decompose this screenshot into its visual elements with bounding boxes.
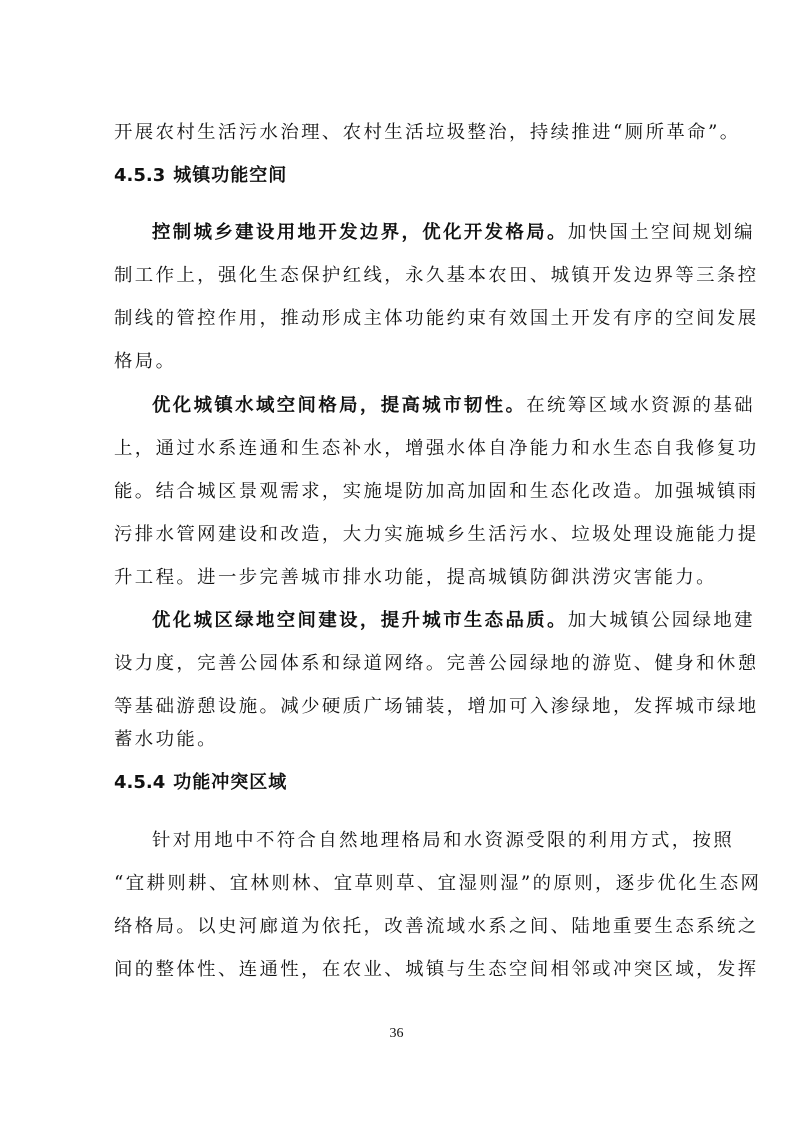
paragraph-line: 优化城区绿地空间建设，提升城市生态品质。加大城镇公园绿地建 [114, 608, 684, 634]
paragraph-line: 升工程。进一步完善城市排水功能，提高城镇防御洪涝灾害能力。 [114, 565, 684, 591]
paragraph-line: 针对用地中不符合自然地理格局和水资源受限的利用方式，按照 [114, 828, 684, 854]
paragraph-line: 间的整体性、连通性，在农业、城镇与生态空间相邻或冲突区域，发挥 [114, 957, 684, 983]
section-number: 4.5.4 [114, 772, 165, 793]
paragraph-line: 上，通过水系连通和生态补水，增强水体自净能力和水生态自我修复功 [114, 436, 684, 462]
paragraph-line: 等基础游憩设施。减少硬质广场铺装，增加可入渗绿地，发挥城市绿地 [114, 694, 684, 720]
paragraph-line: “宜耕则耕、宜林则林、宜草则草、宜湿则湿”的原则，逐步优化生态网 [114, 871, 684, 897]
paragraph-lead-bold: 优化城区绿地空间建设，提升城市生态品质。 [152, 610, 568, 631]
section-heading-4-5-3: 4.5.3城镇功能空间 [114, 163, 287, 189]
section-title: 功能冲突区域 [173, 772, 287, 793]
paragraph-line: 格局。 [114, 349, 684, 375]
paragraph-lead-bold: 优化城镇水域空间格局，提高城市韧性。 [152, 395, 526, 416]
paragraph-text: 在统筹区域水资源的基础 [526, 395, 755, 416]
paragraph-line: 蓄水功能。 [114, 727, 684, 753]
paragraph-line: 开展农村生活污水治理、农村生活垃圾整治，持续推进“厕所革命”。 [114, 120, 684, 146]
paragraph-text: 加大城镇公园绿地建 [568, 610, 755, 631]
section-number: 4.5.3 [114, 165, 165, 186]
section-heading-4-5-4: 4.5.4功能冲突区域 [114, 770, 287, 796]
paragraph-line: 污排水管网建设和改造，大力实施城乡生活污水、垃圾处理设施能力提 [114, 522, 684, 548]
paragraph-line: 制工作上，强化生态保护红线，永久基本农田、城镇开发边界等三条控 [114, 263, 684, 289]
paragraph-line: 设力度，完善公园体系和绿道网络。完善公园绿地的游览、健身和休憩 [114, 651, 684, 677]
paragraph-line: 能。结合城区景观需求，实施堤防加高加固和生态化改造。加强城镇雨 [114, 479, 684, 505]
paragraph-line: 络格局。以史河廊道为依托，改善流域水系之间、陆地重要生态系统之 [114, 914, 684, 940]
paragraph-text: 加快国土空间规划编 [568, 222, 755, 243]
paragraph-line: 优化城镇水域空间格局，提高城市韧性。在统筹区域水资源的基础 [114, 393, 684, 419]
paragraph-line: 制线的管控作用，推动形成主体功能约束有效国土开发有序的空间发展 [114, 306, 684, 332]
document-page: 开展农村生活污水治理、农村生活垃圾整治，持续推进“厕所革命”。 4.5.3城镇功… [0, 0, 793, 1122]
paragraph-line: 控制城乡建设用地开发边界，优化开发格局。加快国土空间规划编 [114, 220, 684, 246]
paragraph-lead-bold: 控制城乡建设用地开发边界，优化开发格局。 [152, 222, 568, 243]
section-title: 城镇功能空间 [173, 165, 287, 186]
page-number: 36 [0, 1026, 793, 1042]
